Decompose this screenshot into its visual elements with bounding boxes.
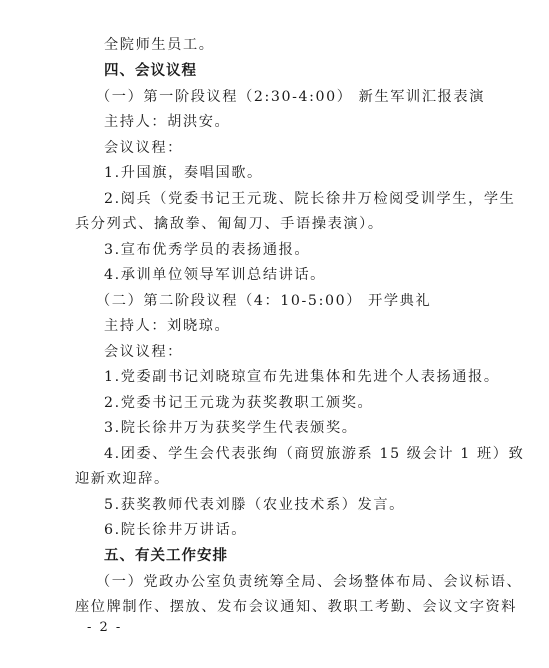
document-page: 全院师生员工。四、会议议程（一）第一阶段议程（2:30-4:00） 新生军训汇报… bbox=[0, 0, 549, 668]
subsection-heading: （一）党政办公室负责统筹全局、会场整体布局、会议标语、 bbox=[96, 572, 516, 592]
body-text-line: 2.党委书记王元珑为获奖教职工颁奖。 bbox=[104, 393, 524, 413]
body-text-line: 4.团委、学生会代表张绚（商贸旅游系 15 级会计 1 班）致 bbox=[104, 444, 524, 464]
body-text-line: 2.阅兵（党委书记王元珑、院长徐井万检阅受训学生，学生 bbox=[104, 189, 524, 209]
body-text-line: 兵分列式、擒敌拳、匍匐刀、手语操表演）。 bbox=[75, 214, 495, 234]
body-text-line: 主持人：刘晓琼。 bbox=[104, 316, 524, 336]
subsection-heading: （二）第二阶段议程（4：10-5:00） 开学典礼 bbox=[96, 291, 516, 311]
section-heading: 五、有关工作安排 bbox=[104, 546, 524, 566]
body-text-line: 会议议程： bbox=[104, 342, 524, 362]
body-text-line: 迎新欢迎辞。 bbox=[75, 469, 495, 489]
body-text-line: 会议议程： bbox=[104, 138, 524, 158]
body-text-line: 主持人：胡洪安。 bbox=[104, 112, 524, 132]
section-heading: 四、会议议程 bbox=[104, 61, 524, 81]
body-text-line: 4.承训单位领导军训总结讲话。 bbox=[104, 265, 524, 285]
subsection-heading: （一）第一阶段议程（2:30-4:00） 新生军训汇报表演 bbox=[96, 87, 516, 107]
body-text-line: 座位牌制作、摆放、发布会议通知、教职工考勤、会议文字资料 bbox=[75, 597, 495, 617]
body-text-line: 3.院长徐井万为获奖学生代表颁奖。 bbox=[104, 418, 524, 438]
body-text-line: 全院师生员工。 bbox=[104, 35, 524, 55]
page-number: - 2 - bbox=[87, 620, 122, 635]
body-text-line: 1.党委副书记刘晓琼宣布先进集体和先进个人表扬通报。 bbox=[104, 367, 524, 387]
body-text-line: 6.院长徐井万讲话。 bbox=[104, 520, 524, 540]
body-text-line: 1.升国旗，奏唱国歌。 bbox=[104, 163, 524, 183]
body-text-line: 3.宣布优秀学员的表扬通报。 bbox=[104, 240, 524, 260]
body-text-line: 5.获奖教师代表刘滕（农业技术系）发言。 bbox=[104, 495, 524, 515]
